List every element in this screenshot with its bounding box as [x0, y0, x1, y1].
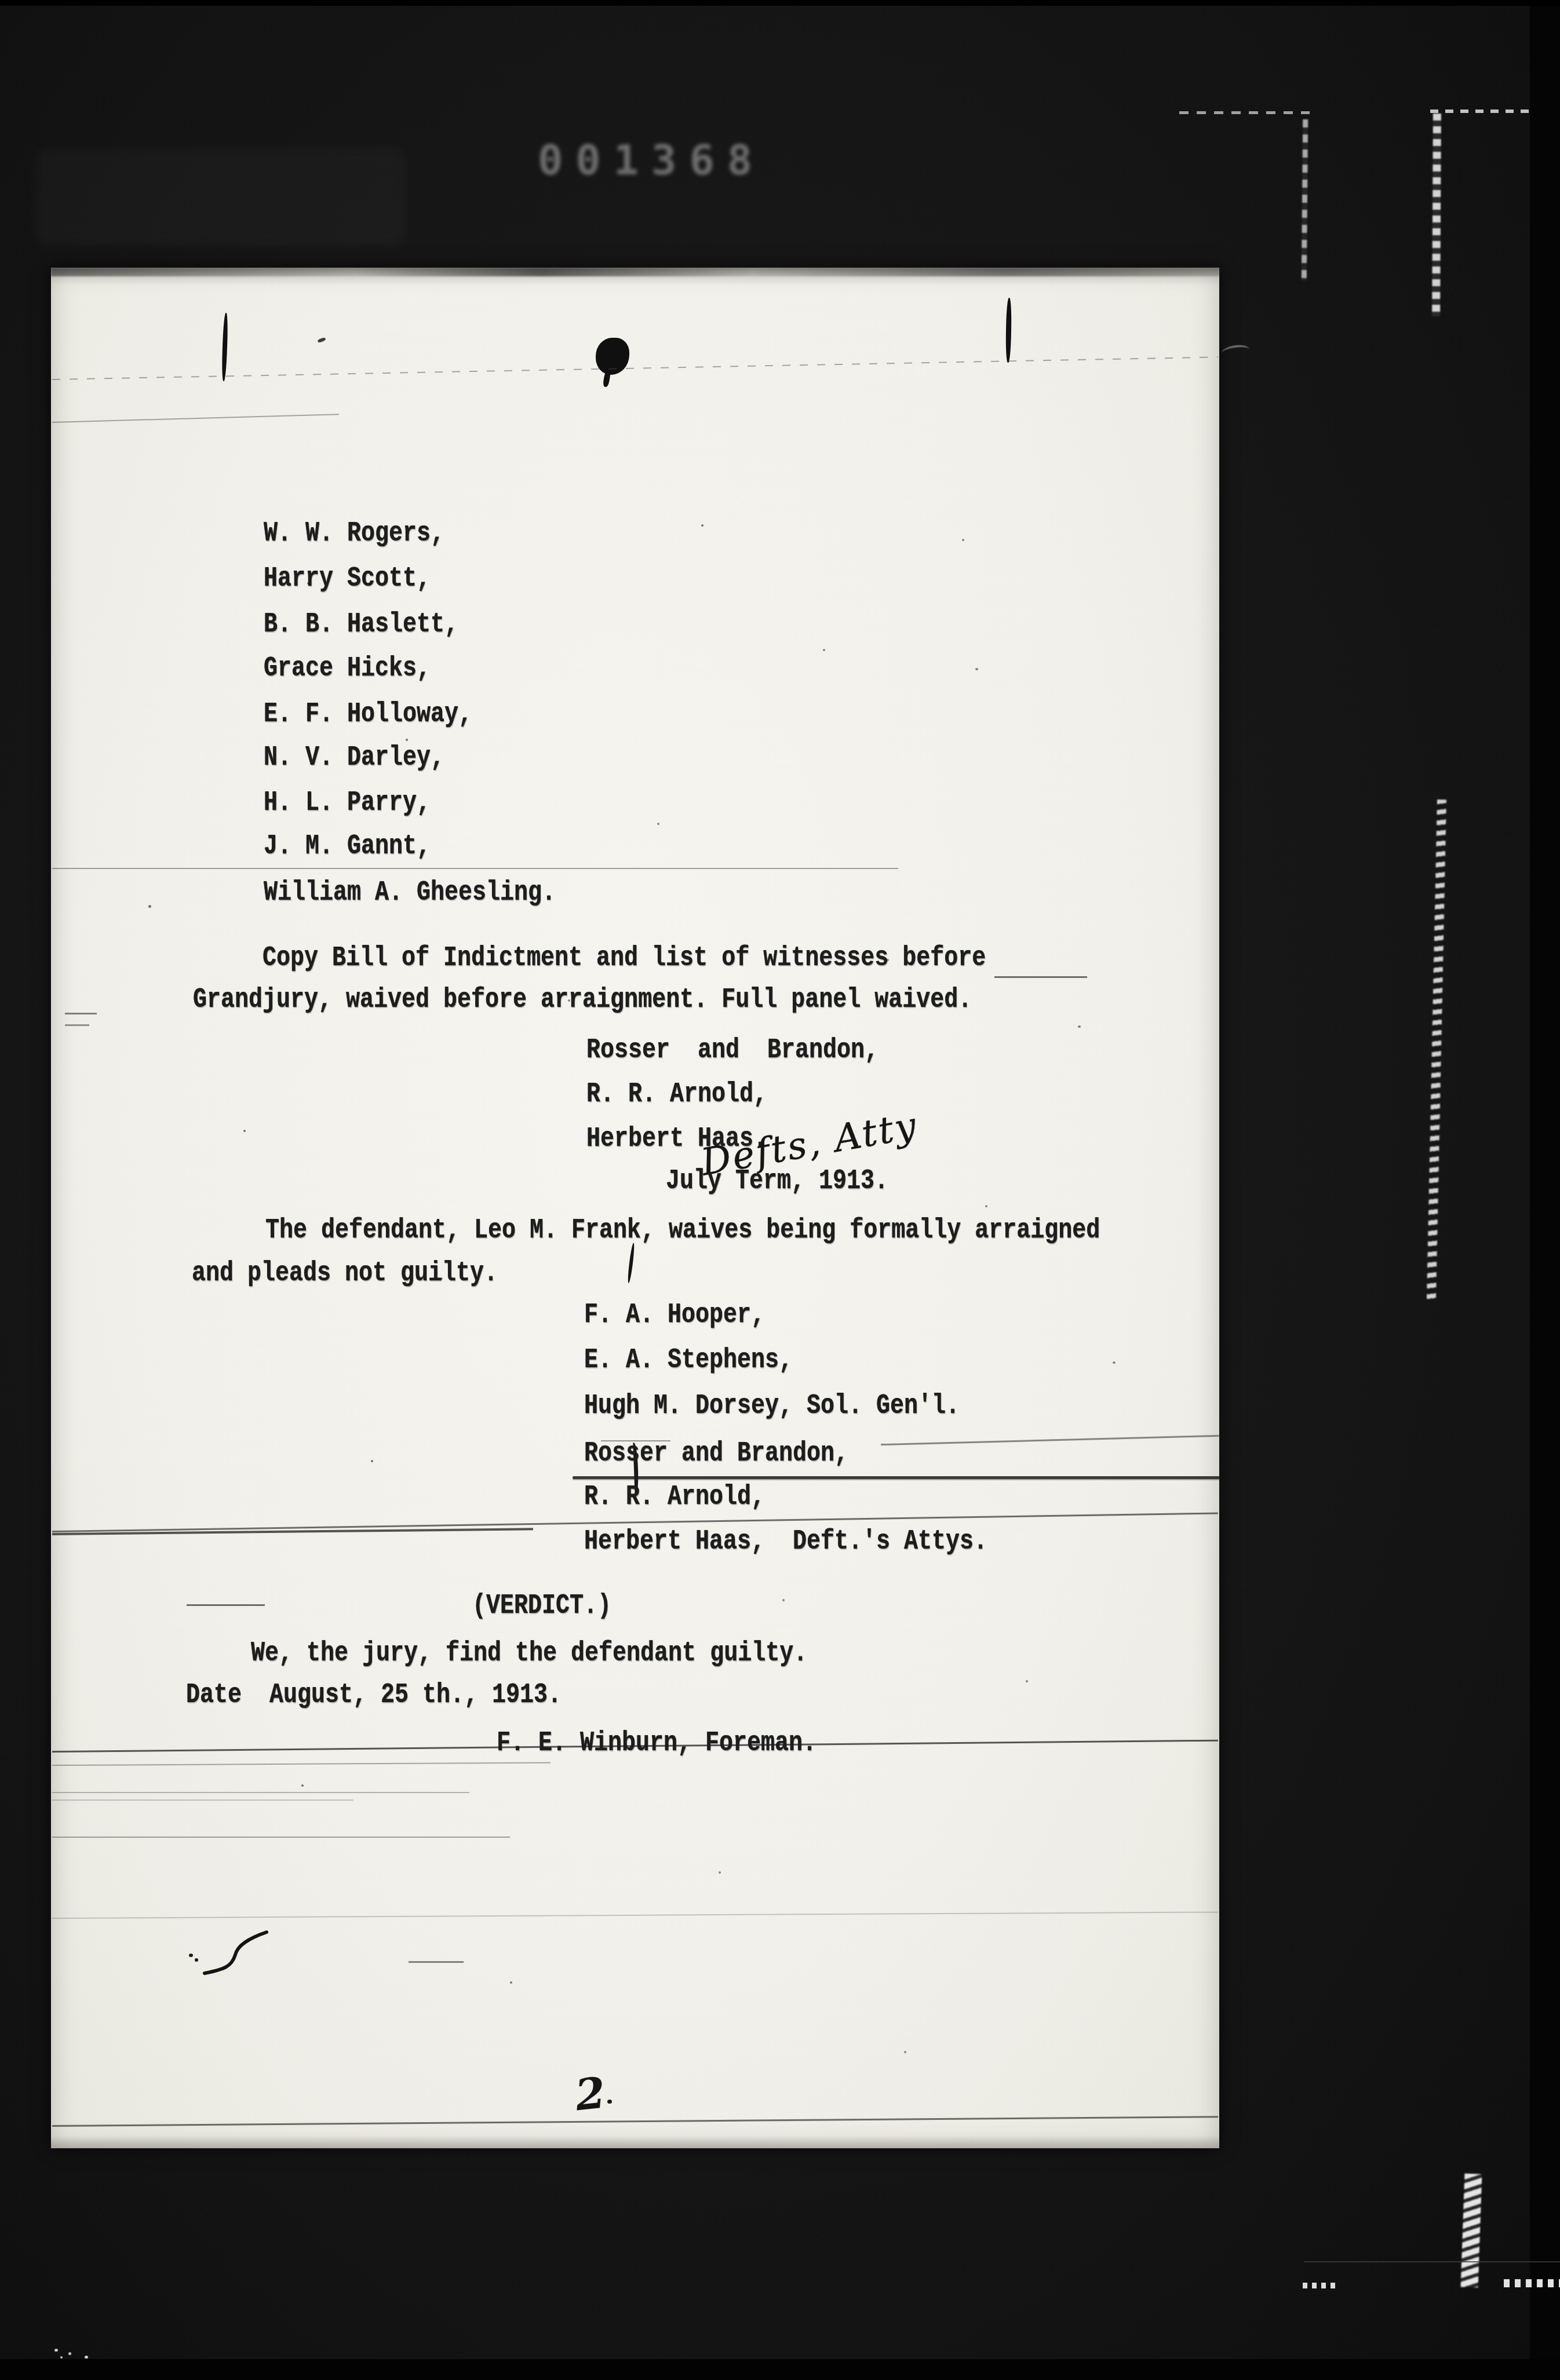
witness-name: J. M. Gannt,: [264, 833, 431, 862]
witness-name: W. W. Rogers,: [264, 520, 444, 549]
film-edge-squiggle: [1221, 344, 1250, 359]
ink-stroke: [1005, 298, 1012, 363]
film-edge-strip: [1530, 0, 1560, 2380]
dust-speck: [148, 905, 151, 908]
dust-speck: [510, 1981, 512, 1984]
film-speck-row: [1303, 2283, 1339, 2288]
dust-speck: [985, 1205, 987, 1207]
handwritten-tick: [627, 1243, 635, 1283]
film-bottom-strip: [0, 2359, 1560, 2380]
counsel-name: F. A. Hooper,: [584, 1302, 765, 1330]
film-speckle-streak: [1427, 800, 1446, 1301]
witness-name: B. B. Haslett,: [264, 611, 458, 640]
scratch-dash: [65, 1013, 97, 1014]
scratch-line: [52, 414, 339, 423]
scratch-dash: [187, 1604, 265, 1606]
witness-name: Harry Scott,: [264, 565, 431, 594]
film-speck-row: [1504, 2279, 1560, 2287]
scratch-line: [52, 868, 898, 869]
witness-name: Grace Hicks,: [264, 655, 431, 684]
dust-speck: [1078, 1025, 1081, 1028]
frame-number-stamp: 001368: [538, 139, 765, 181]
ink-stroke: [221, 313, 228, 381]
dust-speck: [243, 1130, 246, 1132]
scratch-line: [52, 1762, 551, 1766]
counsel-name: Herbert Haas, Deft.'s Attys.: [584, 1528, 987, 1557]
dust-speck: [301, 1784, 304, 1787]
scratch-dash: [65, 1024, 89, 1026]
film-speck: [54, 2349, 58, 2352]
film-speck: [85, 2356, 88, 2359]
counsel-name: Rosser and Brandon,: [584, 1440, 848, 1469]
film-top-strip: [0, 0, 1560, 6]
film-scratch-dash: [1430, 109, 1532, 113]
scratch-line-heavy: [573, 1476, 1220, 1479]
witness-name: H. L. Parry,: [264, 790, 431, 818]
verdict-heading: (VERDICT.): [472, 1593, 611, 1621]
handwritten-page-number: 2: [573, 2068, 608, 2121]
witness-name: E. F. Holloway,: [264, 701, 472, 729]
film-speck: [60, 2356, 63, 2359]
ghost-text-smudge: [35, 148, 406, 246]
film-speckle-streak: [1461, 2174, 1482, 2288]
dust-speck: [823, 649, 825, 651]
dust-speck: [782, 1599, 785, 1601]
scratch-line: [52, 1799, 353, 1801]
counsel-name: R. R. Arnold,: [584, 1484, 765, 1512]
ink-tick: [317, 337, 326, 343]
scratch-line: [52, 1911, 1218, 1919]
dust-speck: [975, 668, 978, 670]
term-line: July Term, 1913.: [666, 1168, 888, 1196]
dust-speck: [1113, 1361, 1116, 1364]
document-page: [51, 268, 1219, 2148]
scratch-line: [881, 1435, 1220, 1445]
scratch-line: [994, 976, 1087, 978]
plea-text-line: The defendant, Leo M. Frank, waives bein…: [265, 1217, 1100, 1246]
dust-speck: [657, 823, 659, 825]
plea-text-line: and pleads not guilty.: [192, 1260, 498, 1288]
dust-speck: [719, 1871, 721, 1874]
dust-speck: [701, 524, 704, 527]
dust-speck: [904, 2051, 906, 2053]
scratch-line: [52, 1837, 510, 1838]
verdict-date: Date August, 25 th., 1913.: [186, 1682, 562, 1710]
dust-speck: [1026, 1680, 1028, 1682]
scratch-line: [52, 1792, 469, 1793]
arraignment-text-line: Grandjury, waived before arraignment. Fu…: [193, 987, 972, 1015]
counsel-name: R. R. Arnold,: [586, 1081, 767, 1109]
verdict-text: We, the jury, find the defendant guilty.: [251, 1640, 807, 1669]
witness-name: William A. Gheesling.: [264, 879, 556, 908]
paper-torn-top-edge: [51, 268, 1219, 276]
witness-name: N. V. Darley,: [264, 744, 444, 773]
film-scratch-dash: [1179, 111, 1310, 114]
ink-speck: [195, 1958, 198, 1962]
dust-speck: [962, 539, 964, 541]
verdict-signature: F. E. Winburn, Foreman.: [497, 1730, 817, 1758]
dust-speck: [371, 1460, 373, 1462]
dust-speck: [406, 739, 408, 741]
scratch-line: [52, 356, 1218, 380]
scratch-dash: [409, 1961, 464, 1963]
film-speck: [68, 2352, 71, 2355]
film-scratch-vertical: [1302, 119, 1308, 280]
scratch-line: [52, 2116, 1218, 2127]
handwritten-squiggle: [202, 1928, 271, 1980]
film-scratch-vertical: [1432, 114, 1441, 316]
ink-speck: [189, 1954, 193, 1957]
ink-speck: [607, 2100, 612, 2104]
microfilm-frame: 001368: [0, 0, 1560, 2380]
counsel-name: E. A. Stephens,: [584, 1347, 793, 1375]
arraignment-text-line: Copy Bill of Indictment and list of witn…: [263, 945, 986, 973]
counsel-name: Rosser and Brandon,: [586, 1037, 879, 1065]
counsel-name: Hugh M. Dorsey, Sol. Gen'l.: [584, 1393, 960, 1421]
film-faint-line: [1304, 2261, 1560, 2262]
